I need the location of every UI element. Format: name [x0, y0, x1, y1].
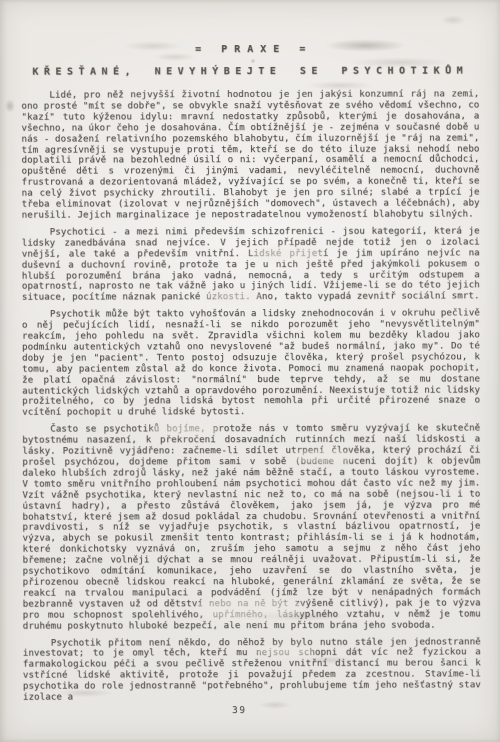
article-heading: KŘESŤANÉ, NEVYHÝBEJTE SE PSYCHOTIKŮM — [21, 65, 479, 77]
scanned-document-page: = PRAXE = KŘESŤANÉ, NEVYHÝBEJTE SE PSYCH… — [0, 0, 500, 742]
smudge-mark — [4, 98, 16, 114]
paragraph: Často se psychotiků bojíme, protože nás … — [22, 424, 481, 632]
page-number: 39 — [232, 705, 246, 716]
paragraph: Lidé, pro něž nejvyšší životní hodnotou … — [21, 89, 479, 221]
document-title: = PRAXE = — [21, 0, 479, 56]
paragraph: Psychotici - a mezi nimi především schiz… — [22, 226, 480, 304]
paragraph: Psychotik přitom není někdo, do něhož by… — [23, 637, 481, 704]
document-body: = PRAXE = KŘESŤANÉ, NEVYHÝBEJTE SE PSYCH… — [21, 0, 481, 710]
paragraph: Psychotik může být takto vyhošťován a li… — [22, 309, 480, 419]
